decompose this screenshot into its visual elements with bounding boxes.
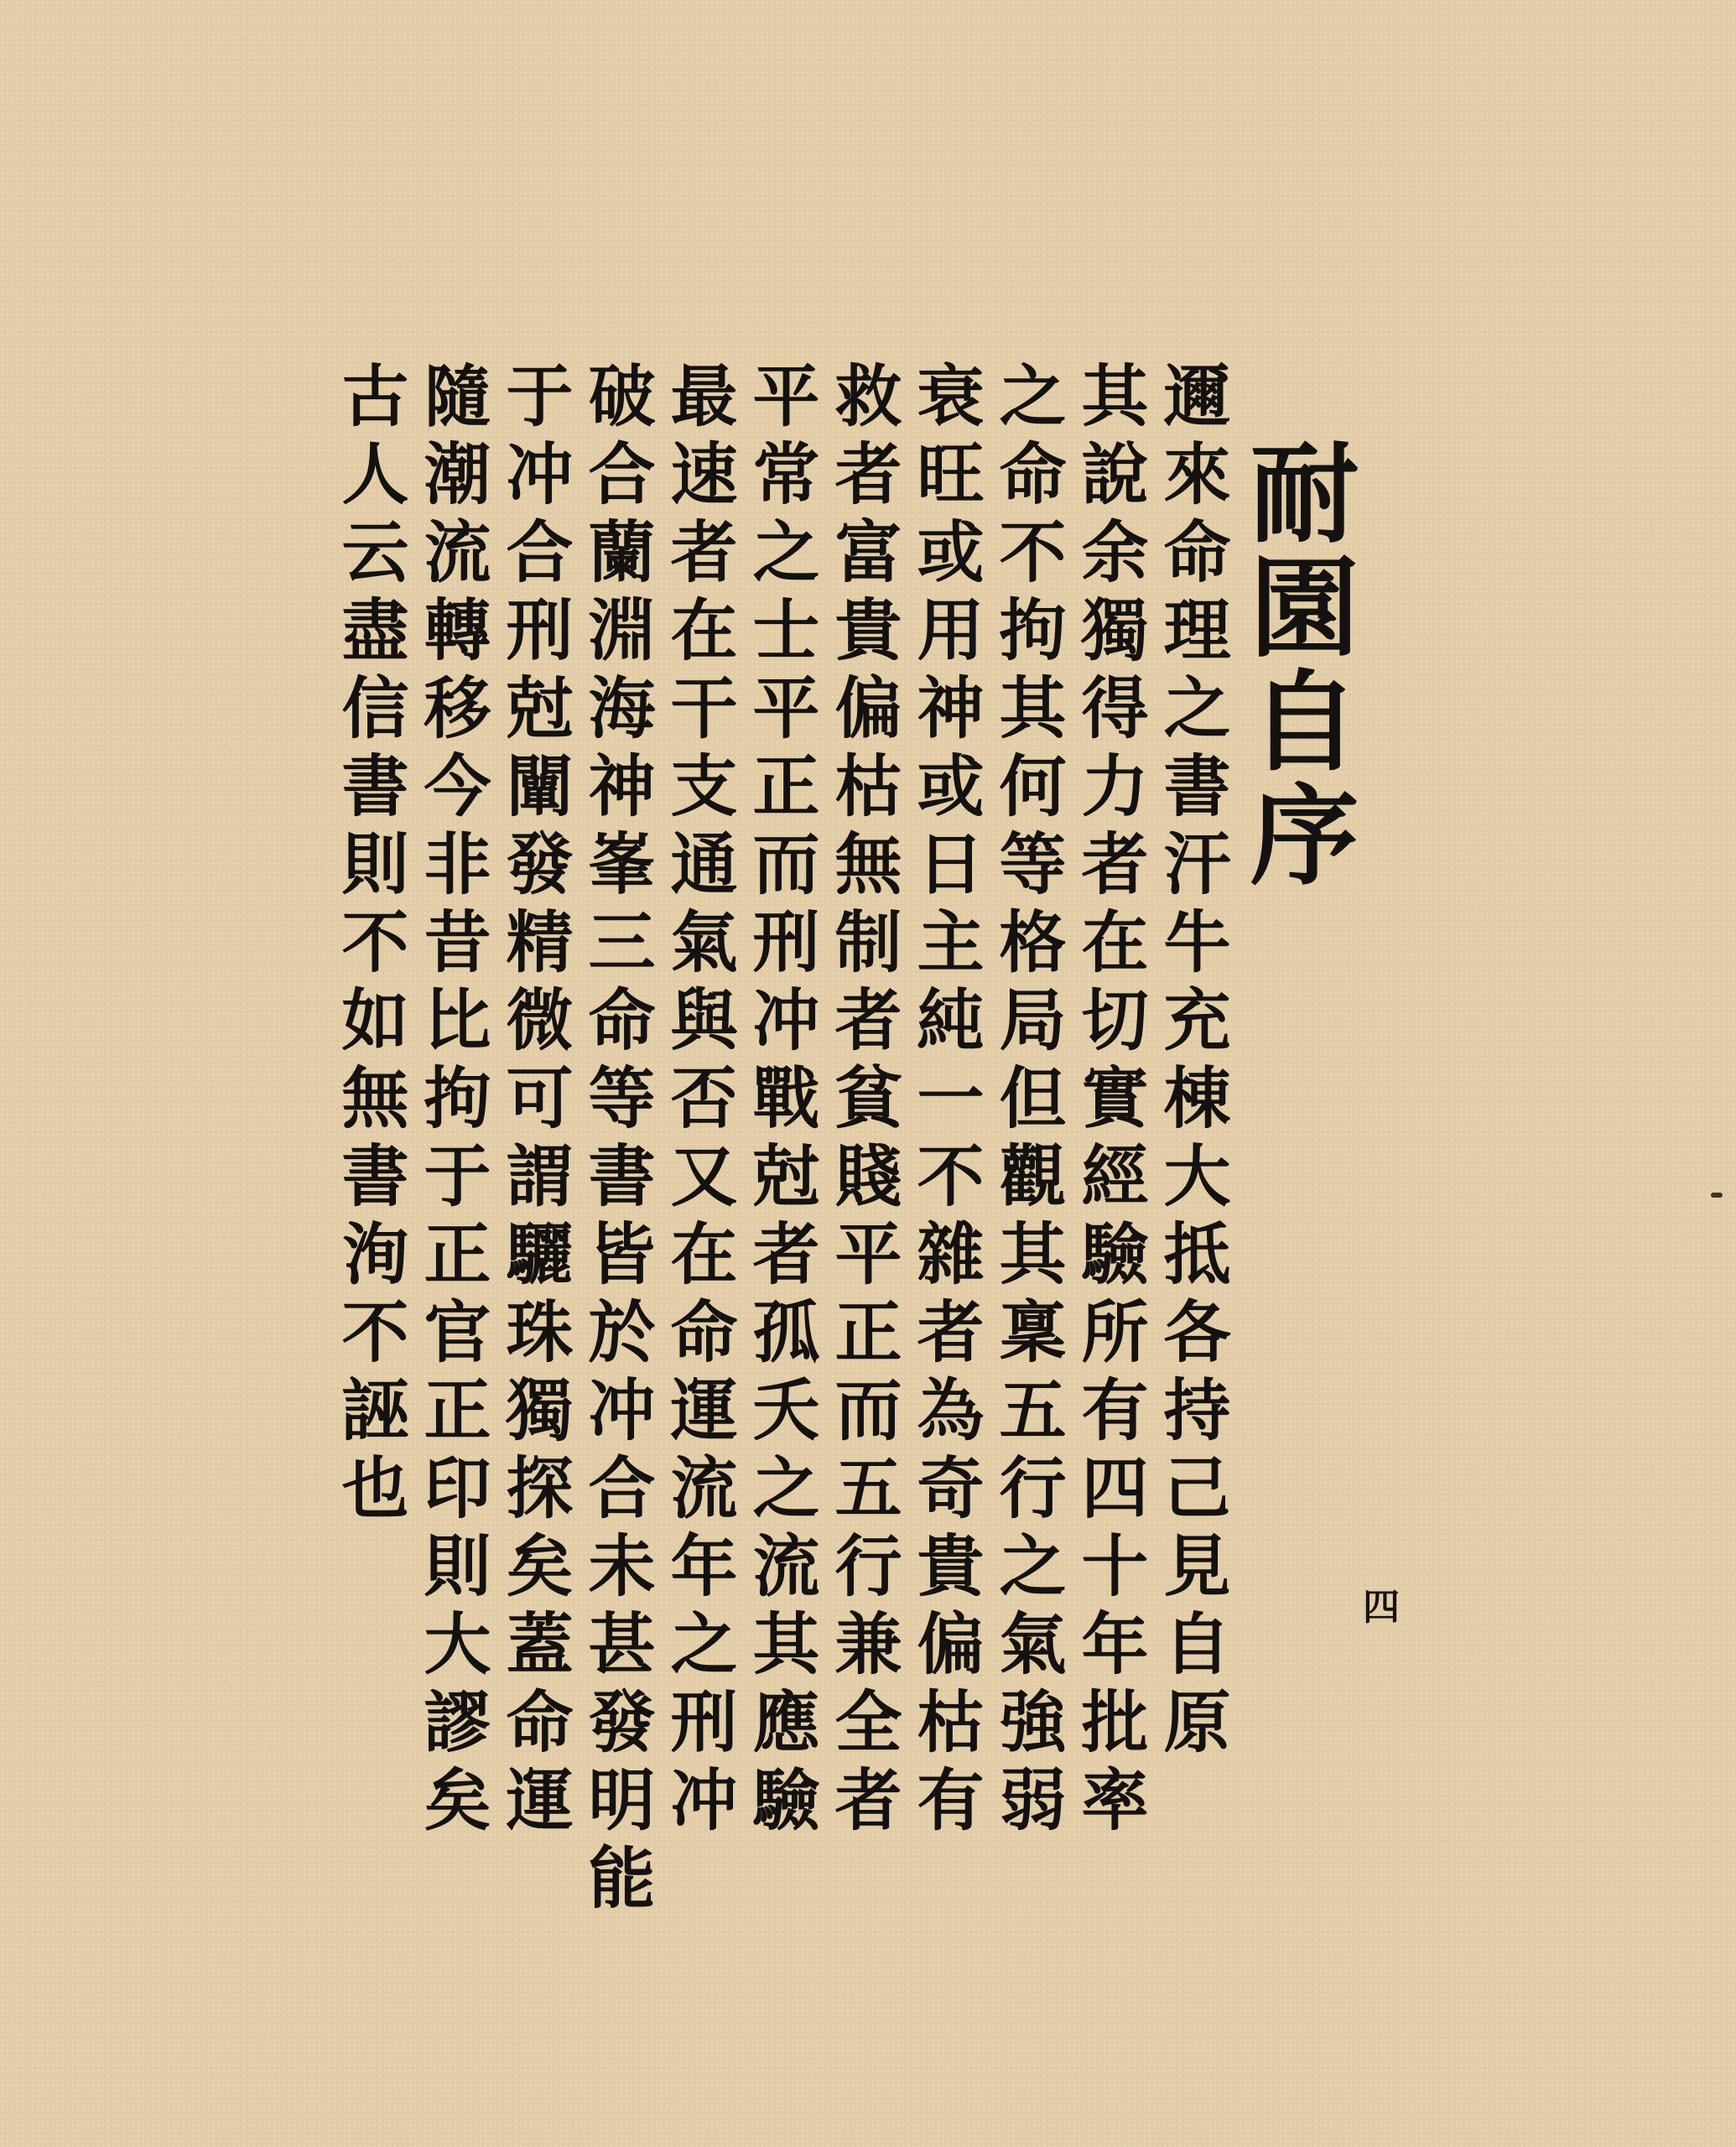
ink-speck-decoration (1711, 1193, 1723, 1198)
page-number: 四 (1363, 1577, 1400, 1630)
text-column-1: 邇來命理之書汗牛充棟大抵各持己見自原 (1151, 361, 1233, 1929)
text-column-10: 隨潮流轉移今非昔比拘于正官正印則大謬矣 (411, 361, 493, 1929)
document-page: 耐園自序 邇來命理之書汗牛充棟大抵各持己見自原 其說余獨得力者在切實經驗所有四十… (0, 0, 1736, 2147)
text-column-4: 衰旺或用神或日主純一不雜者為奇貴偏枯有 (904, 361, 986, 1929)
text-column-11: 古人云盡信書則不如無書洵不誣也 (329, 361, 411, 1929)
text-column-3: 之命不拘其何等格局但觀其稟五行之氣強弱 (986, 361, 1068, 1929)
text-column-8: 破合蘭淵海神峯三命等書皆於冲合未甚發明能 (575, 361, 657, 1929)
page-title: 耐園自序 (1233, 436, 1359, 892)
text-column-5: 救者富貴偏枯無制者貧賤平正而五行兼全者 (822, 361, 904, 1929)
text-column-9: 于冲合刑尅闡發精微可謂驪珠獨探矣蓋命運 (493, 361, 575, 1929)
text-column-7: 最速者在干支通氣與否又在命運流年之刑冲 (657, 361, 740, 1929)
body-text: 邇來命理之書汗牛充棟大抵各持己見自原 其說余獨得力者在切實經驗所有四十年批率 之… (329, 361, 1233, 1929)
text-column-2: 其說余獨得力者在切實經驗所有四十年批率 (1068, 361, 1151, 1929)
text-column-6: 平常之士平正而刑冲戰尅者孤夭之流其應驗 (740, 361, 822, 1929)
